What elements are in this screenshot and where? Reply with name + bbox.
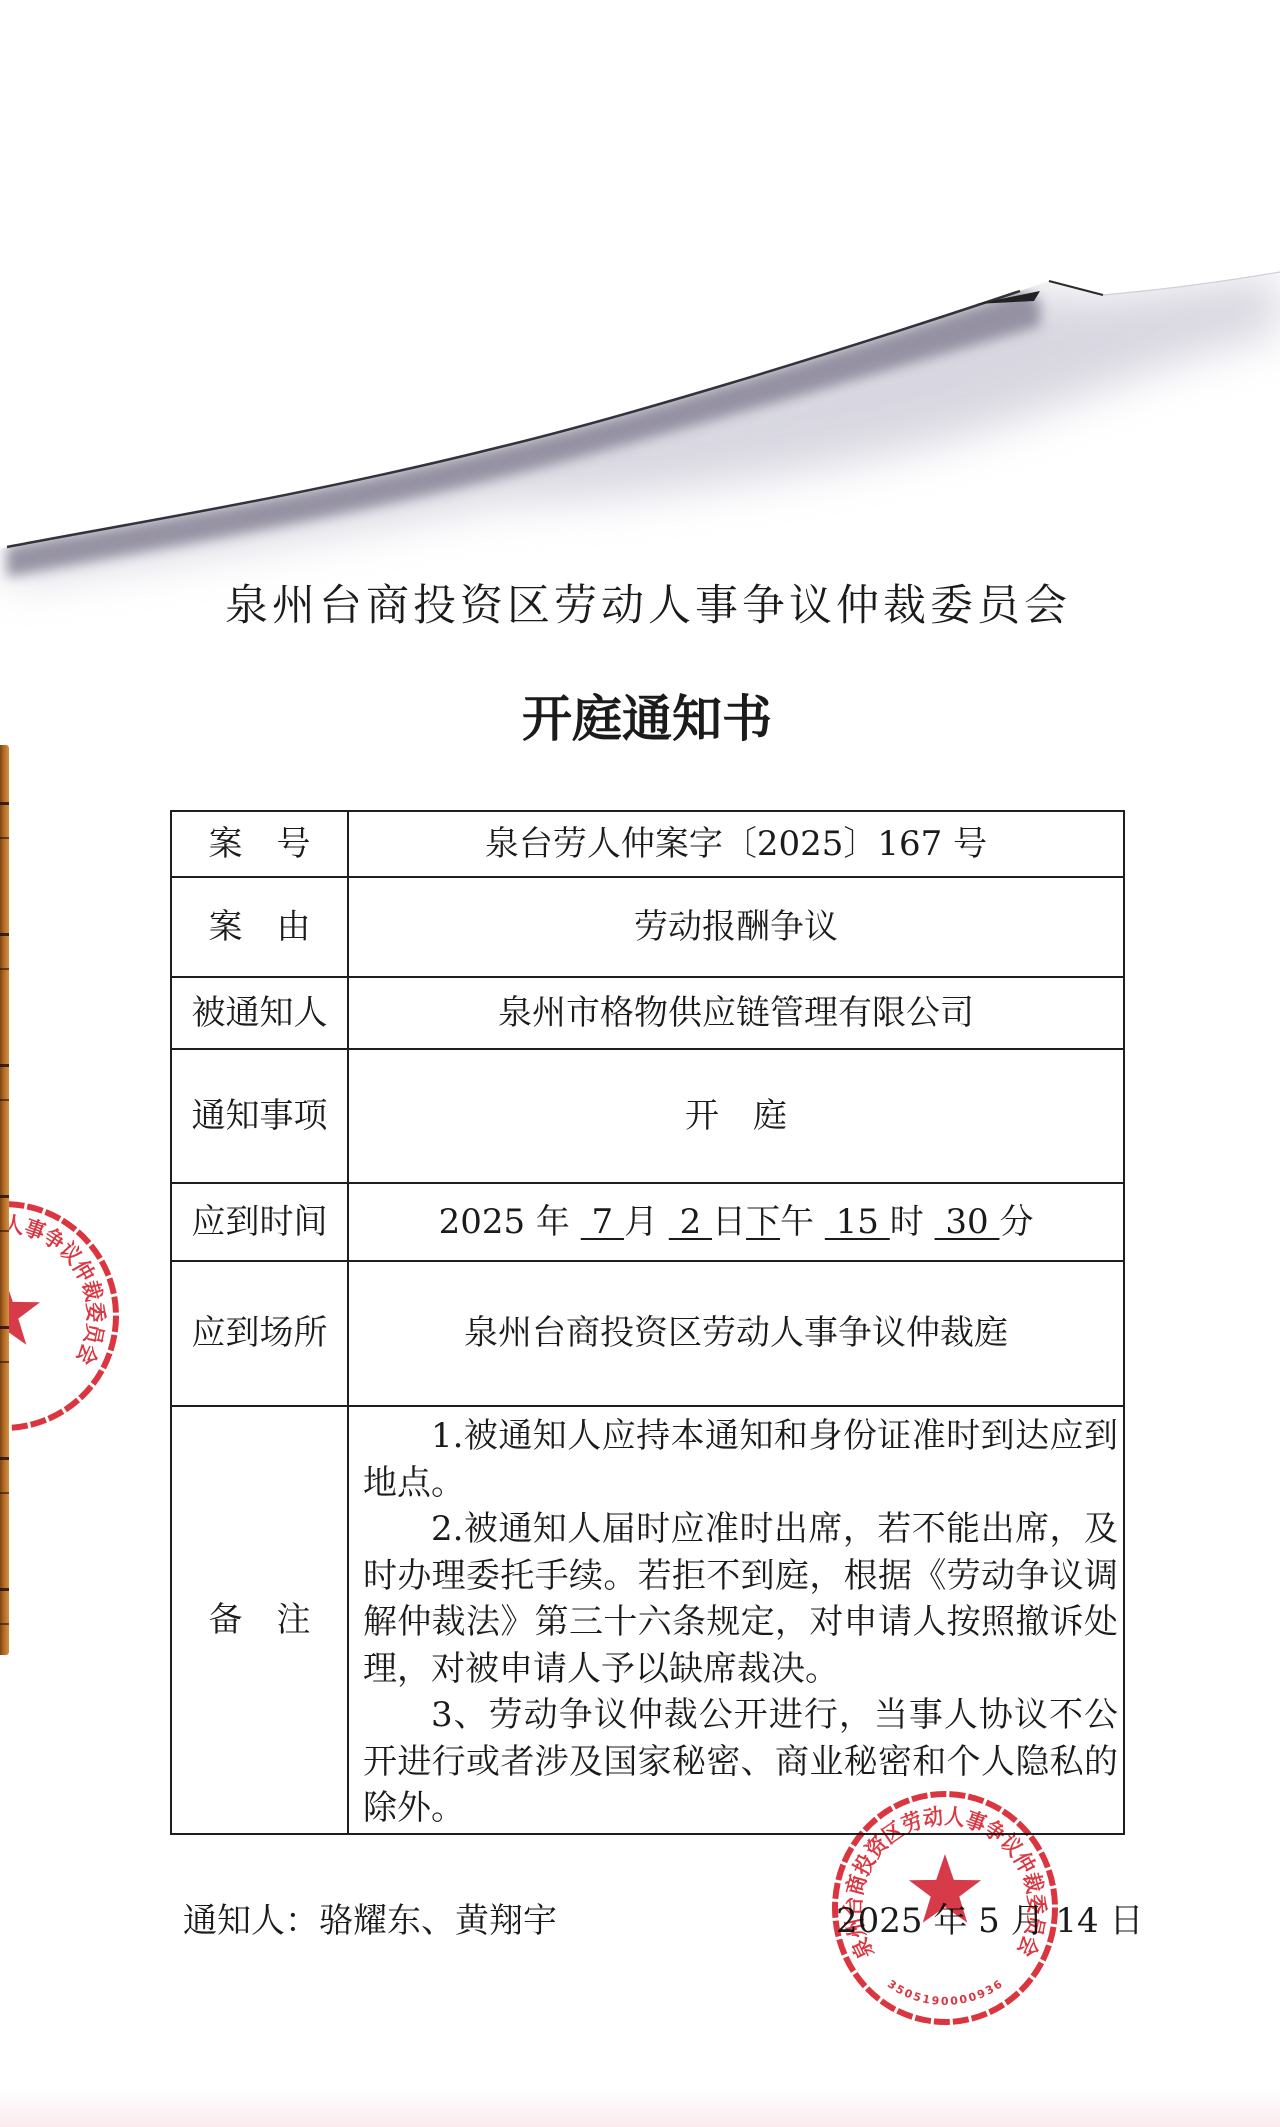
official-seal: 泉州台商投资区劳动人事争议仲裁委员会 3505190000936 xyxy=(825,1786,1065,2030)
background-edge-strip xyxy=(0,745,9,1655)
case-cause-label: 案 由 xyxy=(171,877,348,977)
appearance-time-value: 2025 年 7 月 2 日下午 15 时 30 分 xyxy=(348,1183,1124,1261)
appearance-place-label: 应到场所 xyxy=(171,1261,348,1406)
time-hour-unit: 时 xyxy=(890,1202,935,1242)
notice-title: 开庭通知书 xyxy=(0,694,1280,744)
notice-matter-value: 开 庭 xyxy=(348,1049,1124,1183)
document-page: 泉州台商投资区劳动人事争议仲裁委员会 开庭通知书 案 号 泉台劳人仲案字〔202… xyxy=(0,0,1280,2127)
appearance-place-value: 泉州台商投资区劳动人事争议仲裁庭 xyxy=(348,1261,1124,1406)
case-number-value: 泉台劳人仲案字〔2025〕167 号 xyxy=(348,811,1124,877)
notifier-names: 骆耀东、黄翔宇 xyxy=(319,1901,557,1941)
time-hour-blank: 15 xyxy=(825,1202,890,1242)
row-remarks: 备 注 1.被通知人应持本通知和身份证准时到达应到地点。 2.被通知人届时应准时… xyxy=(171,1406,1124,1834)
curl-shadow xyxy=(7,274,1280,582)
organization-heading: 泉州台商投资区劳动人事争议仲裁委员会 xyxy=(0,584,1280,628)
time-period-blank: 下 xyxy=(746,1202,780,1242)
row-case-cause: 案 由 劳动报酬争议 xyxy=(171,877,1124,977)
appearance-time-label: 应到时间 xyxy=(171,1183,348,1261)
notified-party-label: 被通知人 xyxy=(171,977,348,1049)
notifier-label: 通知人： xyxy=(183,1901,319,1941)
remarks-label: 备 注 xyxy=(171,1406,348,1834)
time-period-unit: 午 xyxy=(780,1202,825,1242)
row-appearance-time: 应到时间 2025 年 7 月 2 日下午 15 时 30 分 xyxy=(171,1183,1124,1261)
remarks-content: 1.被通知人应持本通知和身份证准时到达应到地点。 2.被通知人届时应准时出席，若… xyxy=(348,1406,1124,1834)
notified-party-value: 泉州市格物供应链管理有限公司 xyxy=(348,977,1124,1049)
star-icon xyxy=(909,1854,981,1923)
case-number-label: 案 号 xyxy=(171,811,348,877)
time-minute-unit: 分 xyxy=(999,1202,1033,1242)
time-minute-blank: 30 xyxy=(935,1202,1000,1242)
notice-table: 案 号 泉台劳人仲案字〔2025〕167 号 案 由 劳动报酬争议 被通知人 泉… xyxy=(170,810,1125,1835)
notifier-line: 通知人：骆耀东、黄翔宇 xyxy=(183,1904,557,1938)
time-month-blank: 7 xyxy=(581,1202,624,1242)
partial-seal-left-margin: 泉州台商投资区劳动人事争议仲裁委员会 xyxy=(0,1194,124,1438)
case-cause-value: 劳动报酬争议 xyxy=(348,877,1124,977)
remark-item-1: 1.被通知人应持本通知和身份证准时到达应到地点。 xyxy=(363,1413,1118,1506)
time-day-blank: 2 xyxy=(669,1202,712,1242)
notice-matter-label: 通知事项 xyxy=(171,1049,348,1183)
seal-code-arc: 3505190000936 xyxy=(885,1977,1005,2008)
row-notified-party: 被通知人 泉州市格物供应链管理有限公司 xyxy=(171,977,1124,1049)
time-day-unit: 日 xyxy=(712,1202,746,1242)
row-case-number: 案 号 泉台劳人仲案字〔2025〕167 号 xyxy=(171,811,1124,877)
time-year: 2025 年 xyxy=(439,1202,581,1242)
bottom-paper-tint xyxy=(0,2087,1280,2127)
row-appearance-place: 应到场所 泉州台商投资区劳动人事争议仲裁庭 xyxy=(171,1261,1124,1406)
seal-text-arc: 泉州台商投资区劳动人事争议仲裁委员会 xyxy=(0,1213,107,1371)
remark-item-2: 2.被通知人届时应准时出席，若不能出席，及时办理委托手续。若拒不到庭，根据《劳动… xyxy=(363,1506,1118,1692)
time-month-unit: 月 xyxy=(624,1202,669,1242)
row-notice-matter: 通知事项 开 庭 xyxy=(171,1049,1124,1183)
